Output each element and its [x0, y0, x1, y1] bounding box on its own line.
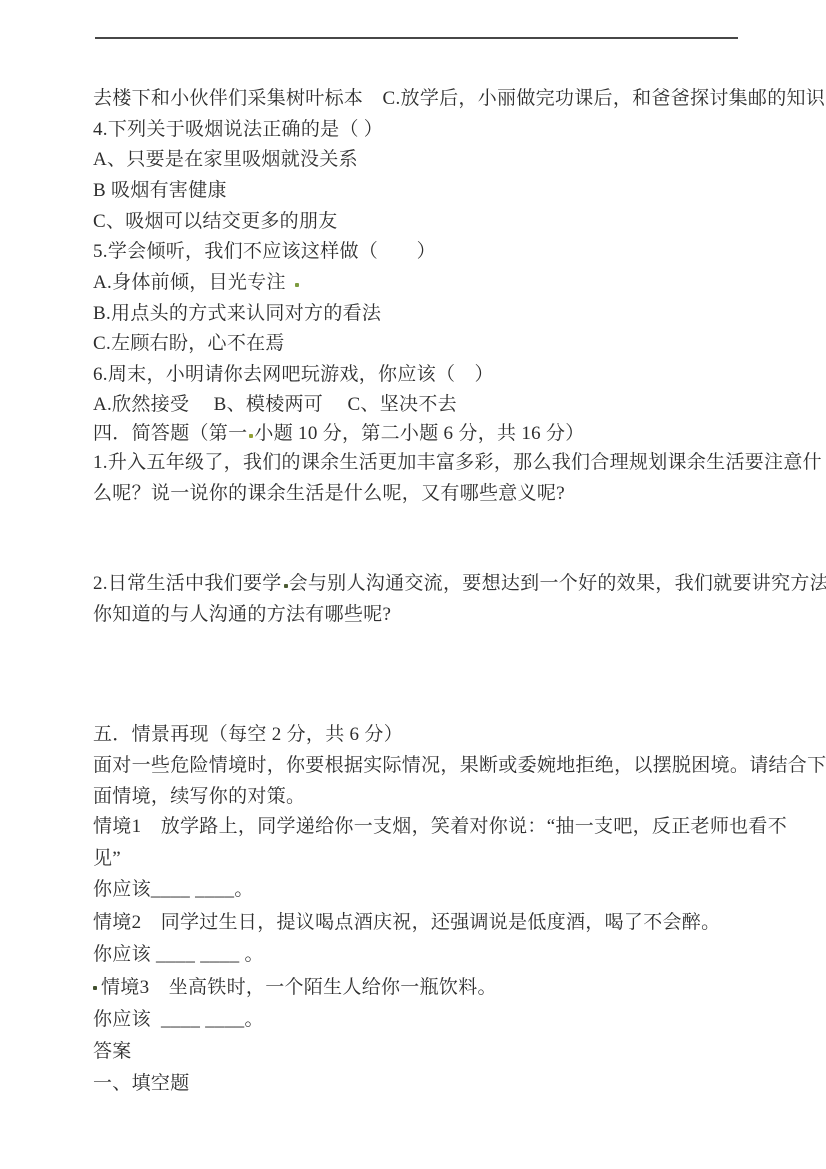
q4-option-c: C、吸烟可以结交更多的朋友: [93, 209, 753, 235]
q2-short-answer-line1: 2.日常生活中我们要学会与别人沟通交流，要想达到一个好的效果，我们就要讲究方法，: [93, 571, 753, 597]
scenario-3-text: 情境3 坐高铁时，一个陌生人给你一瓶饮料。: [101, 977, 497, 998]
spellcheck-dot-icon: [249, 434, 253, 438]
scenario-1-answer-blank: 你应该____ ____。: [93, 877, 753, 903]
q1-short-answer-line2: 么呢？说一说你的课余生活是什么呢，又有哪些意义呢?: [93, 481, 753, 507]
scenario-3-line: 情境3 坐高铁时，一个陌生人给你一瓶饮料。: [93, 975, 753, 1001]
question-4: 4.下列关于吸烟说法正确的是（ ）: [93, 117, 753, 143]
section-4-header: 四．简答题（第一小题 10 分，第二小题 6 分，共 16 分）: [93, 421, 753, 447]
q5-option-a: A.身体前倾，目光专注: [93, 270, 753, 296]
scenario-1-line2: 见”: [93, 846, 753, 872]
q3-option-c-line: 去楼下和小伙伴们采集树叶标本 C.放学后，小丽做完功课后，和爸爸探讨集邮的知识: [93, 86, 753, 112]
q5-option-c: C.左顾右盼，心不在焉: [93, 331, 753, 357]
q4-option-b: B 吸烟有害健康: [93, 178, 753, 204]
spellcheck-dot-icon: [295, 283, 299, 287]
q5-option-a-text: A.身体前倾，目光专注: [93, 272, 286, 293]
q6-options: A.欣然接受 B、模棱两可 C、坚决不去: [93, 392, 753, 418]
question-5: 5.学会倾听，我们不应该这样做（ ）: [93, 239, 753, 265]
answers-section-1-header: 一、填空题: [93, 1071, 753, 1097]
section-5-intro-line2: 面情境，续写你的对策。: [93, 784, 753, 810]
section-4-header-pre: 四．简答题（第一: [93, 423, 247, 444]
question-6: 6.周末，小明请你去网吧玩游戏，你应该（ ）: [93, 362, 753, 388]
q2-short-answer-pre: 2.日常生活中我们要学: [93, 573, 282, 594]
section-5-header: 五．情景再现（每空 2 分，共 6 分）: [93, 722, 753, 748]
spellcheck-dot-icon: [284, 584, 288, 588]
spellcheck-dot-icon: [93, 986, 97, 990]
answers-header: 答案: [93, 1039, 753, 1065]
scenario-2-answer-blank: 你应该 ____ ____ 。: [93, 942, 753, 968]
section-4-header-post: 小题 10 分，第二小题 6 分，共 16 分）: [254, 423, 584, 444]
q2-short-answer-post: 会与别人沟通交流，要想达到一个好的效果，我们就要讲究方法，: [289, 573, 826, 594]
header-divider: [95, 37, 738, 39]
q5-option-b: B.用点头的方式来认同对方的看法: [93, 301, 753, 327]
section-5-intro-line1: 面对一些危险情境时，你要根据实际情况，果断或委婉地拒绝，以摆脱困境。请结合下: [93, 753, 753, 779]
q2-short-answer-line2: 你知道的与人沟通的方法有哪些呢?: [93, 602, 753, 628]
scenario-2-line: 情境2 同学过生日，提议喝点酒庆祝，还强调说是低度酒，喝了不会醉。: [93, 910, 753, 936]
scenario-3-answer-blank: 你应该 ____ ____。: [93, 1007, 753, 1033]
document-page: 去楼下和小伙伴们采集树叶标本 C.放学后，小丽做完功课后，和爸爸探讨集邮的知识 …: [0, 0, 826, 1169]
scenario-1-line1: 情境1 放学路上，同学递给你一支烟，笑着对你说：“抽一支吧，反正老师也看不: [93, 814, 753, 840]
q4-option-a: A、只要是在家里吸烟就没关系: [93, 147, 753, 173]
q1-short-answer-line1: 1.升入五年级了，我们的课余生活更加丰富多彩，那么我们合理规划课余生活要注意什: [93, 450, 753, 476]
